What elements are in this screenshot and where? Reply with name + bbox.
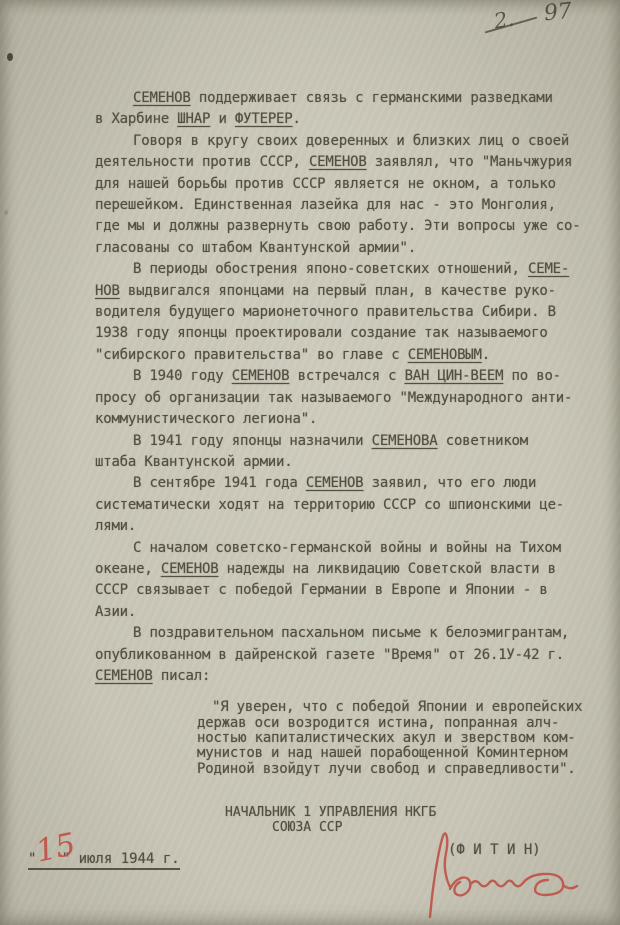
text-line: В сентябре 1941 года СЕМЕНОВ заявил, что… <box>95 473 597 494</box>
text-line: "Я уверен, что с победой Японии и европе… <box>197 700 597 715</box>
paper-speck <box>7 53 13 61</box>
quote-paragraph: "Я уверен, что с победой Японии и европе… <box>197 700 597 776</box>
text-line: держав оси возродится истина, попранная … <box>197 716 597 731</box>
text-line: СЕМЕНОВ поддерживает связь с германскими… <box>95 88 597 109</box>
text-line: в Харбине ШНАР и ФУТЕРЕР. <box>95 109 597 130</box>
text-line: коммунистического легиона". <box>95 409 597 430</box>
text-line: В поздравительном пасхальном письме к бе… <box>95 623 597 644</box>
paragraph: В 1941 году японцы назначили СЕМЕНОВА со… <box>95 431 597 474</box>
text-line: СССР связывает с победой Германии в Евро… <box>95 580 597 601</box>
text-line: "сибирского правительства" во главе с СЕ… <box>95 345 597 366</box>
text-line: ностью капиталистических акул и зверство… <box>197 731 597 746</box>
text-line: В периоды обострения японо-советских отн… <box>95 259 597 280</box>
text-line: просу об организации так называемого "Ме… <box>95 388 597 409</box>
text-line: мунистов и над нашей порабощенной Коминт… <box>197 746 597 761</box>
paragraph: Говоря в кругу своих доверенных и близки… <box>95 131 597 259</box>
paragraph: СЕМЕНОВ поддерживает связь с германскими… <box>95 88 597 131</box>
paragraph: С началом советско-германской войны и во… <box>95 538 597 624</box>
text-line: Азии. <box>95 602 597 623</box>
paper-speck <box>4 210 8 215</box>
text-line: СЕМЕНОВ писал: <box>95 666 597 687</box>
text-line: штаба Квантунской армии. <box>95 452 597 473</box>
paragraph: В сентябре 1941 года СЕМЕНОВ заявил, что… <box>95 473 597 537</box>
text-line: В 1941 году японцы назначили СЕМЕНОВА со… <box>95 431 597 452</box>
handwritten-page-annotation: 2. 97 <box>482 2 602 46</box>
text-line: для нашей борьбы против СССР является не… <box>95 174 597 195</box>
text-line: Говоря в кругу своих доверенных и близки… <box>95 131 597 152</box>
text-line: систематически ходят на территорию СССР … <box>95 495 597 516</box>
text-line: где мы и должны развернуть свою работу. … <box>95 216 597 237</box>
text-line: Родиной взойдут лучи свобод и справедлив… <box>197 762 597 777</box>
paragraph: В 1940 году СЕМЕНОВ встречался с ВАН ЦИН… <box>95 366 597 430</box>
fitin-signature <box>410 831 585 923</box>
text-line: перешейком. Единственная лазейка для нас… <box>95 195 597 216</box>
text-line: лями. <box>95 516 597 537</box>
paragraph: В периоды обострения японо-советских отн… <box>95 259 597 366</box>
signoff-title-line1: НАЧАЛЬНИК 1 УПРАВЛЕНИЯ НКГБ <box>225 805 436 820</box>
text-line: гласованы со штабом Квантунской армии". <box>95 238 597 259</box>
document-scan-page: 2. 97 СЕМЕНОВ поддерживает связь с герма… <box>0 0 620 925</box>
text-line: водителя будущего марионеточного правите… <box>95 302 597 323</box>
text-line: В 1940 году СЕМЕНОВ встречался с ВАН ЦИН… <box>95 366 597 387</box>
paragraph: В поздравительном пасхальном письме к бе… <box>95 623 597 687</box>
text-line: 1938 году японцы проектировали создание … <box>95 323 597 344</box>
page-number: 97 <box>543 0 573 26</box>
text-line: С началом советско-германской войны и во… <box>95 538 597 559</box>
document-body: СЕМЕНОВ поддерживает связь с германскими… <box>95 88 597 777</box>
signoff-title: НАЧАЛЬНИК 1 УПРАВЛЕНИЯ НКГБСОЮЗА ССР <box>225 806 436 835</box>
text-line: НОВ выдвигался японцами на первый план, … <box>95 281 597 302</box>
text-line: опубликованном в дайренской газете "Врем… <box>95 645 597 666</box>
text-line: деятельности против СССР, СЕМЕНОВ заявля… <box>95 152 597 173</box>
text-line: океане, СЕМЕНОВ надежды на ликвидацию Со… <box>95 559 597 580</box>
